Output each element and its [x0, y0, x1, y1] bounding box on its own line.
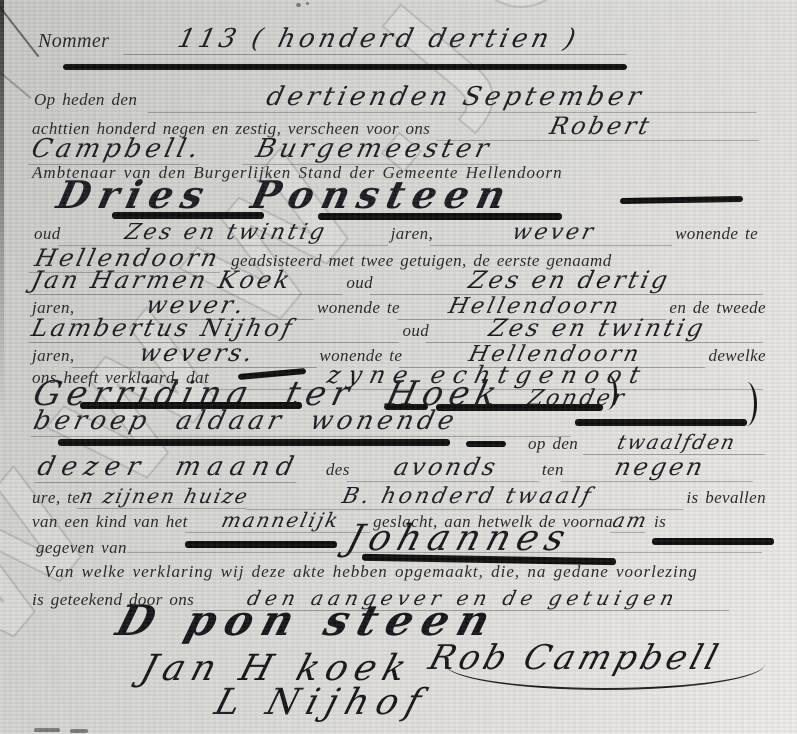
- wonende-te-label: wonende te: [675, 224, 758, 244]
- oud-label: oud: [402, 321, 429, 341]
- birth-certificate-scan: WWW.JO Nommer 113 ( honderd dertien ) Op…: [0, 0, 797, 734]
- official-row: Campbell. Burgemeester: [32, 134, 502, 165]
- gegeven-van-label: gegeven van: [36, 538, 127, 558]
- child-name: Johannes: [342, 518, 577, 559]
- house-number: B. honderd twaalf: [246, 484, 689, 510]
- ink-dash: [652, 538, 774, 545]
- oud-label: oud: [346, 273, 373, 293]
- house-row: ure, te n zijnen huize B. honderd twaalf…: [32, 484, 766, 510]
- is-bevallen-label: is bevallen: [686, 488, 766, 508]
- huize-value: n zijnen huize: [77, 484, 252, 509]
- cut-off-text-fragment: [34, 728, 60, 732]
- beroep-value: beroep aldaar wonende: [30, 406, 577, 437]
- des-label: des: [326, 460, 350, 480]
- ink-dash: [620, 196, 743, 204]
- ink-underline: [318, 213, 562, 220]
- op-den-label: op den: [528, 434, 578, 454]
- nommer-row: Nommer 113 ( honderd dertien ): [38, 24, 630, 55]
- declarant-age-row: oud Zes en twintig jaren, wever wonende …: [34, 220, 758, 246]
- corner-crease: [0, 1, 39, 57]
- ink-underline: [112, 212, 264, 219]
- date-row: Op heden den dertienden September: [34, 82, 760, 113]
- declarant-age: Zes en twintig: [58, 220, 394, 246]
- ink-fill-line: [466, 441, 506, 447]
- nommer-label: Nommer: [38, 30, 109, 53]
- jaren-label: jaren,: [391, 224, 434, 244]
- closing-row-1: Van welke verklaring wij deze akte hebbe…: [44, 562, 784, 582]
- declarant-name: Dries Ponsteen: [53, 172, 518, 217]
- official-surname: Campbell.: [28, 134, 205, 165]
- paper-speck: [296, 3, 301, 7]
- oud-label: oud: [34, 224, 61, 244]
- ten-label: ten: [542, 460, 564, 480]
- time-row: dezer maand des avonds ten negen: [38, 452, 756, 483]
- paper-speck: [306, 2, 309, 5]
- closing-line-1: Van welke verklaring wij deze akte hebbe…: [44, 562, 698, 582]
- date-value: dertienden September: [148, 82, 764, 113]
- op-heden-label: Op heden den: [34, 90, 137, 110]
- signature-underline: [445, 664, 765, 690]
- ink-dash: [575, 419, 747, 426]
- time-of-day: avonds: [346, 453, 545, 482]
- corner-crease: [0, 59, 32, 99]
- signature-witness2: L Nijhof: [210, 682, 433, 723]
- declarant-occupation: wever: [430, 220, 678, 246]
- ure-te-label: ure, te: [32, 488, 80, 508]
- dezer-maand-value: dezer maand: [34, 452, 303, 483]
- page-edge-shadow: [0, 0, 4, 420]
- beroep-row: beroep aldaar wonende: [34, 406, 574, 437]
- ink-fill-line: [58, 439, 450, 446]
- cut-off-text-fragment: [70, 729, 88, 733]
- ink-dash: [185, 541, 337, 548]
- official-title: Burgemeester: [242, 134, 506, 165]
- printed-rule: [63, 64, 627, 70]
- act-number: 113 ( honderd dertien ): [124, 24, 634, 55]
- hour-value: negen: [561, 453, 760, 482]
- declarant-row: Dries Ponsteen: [58, 172, 513, 217]
